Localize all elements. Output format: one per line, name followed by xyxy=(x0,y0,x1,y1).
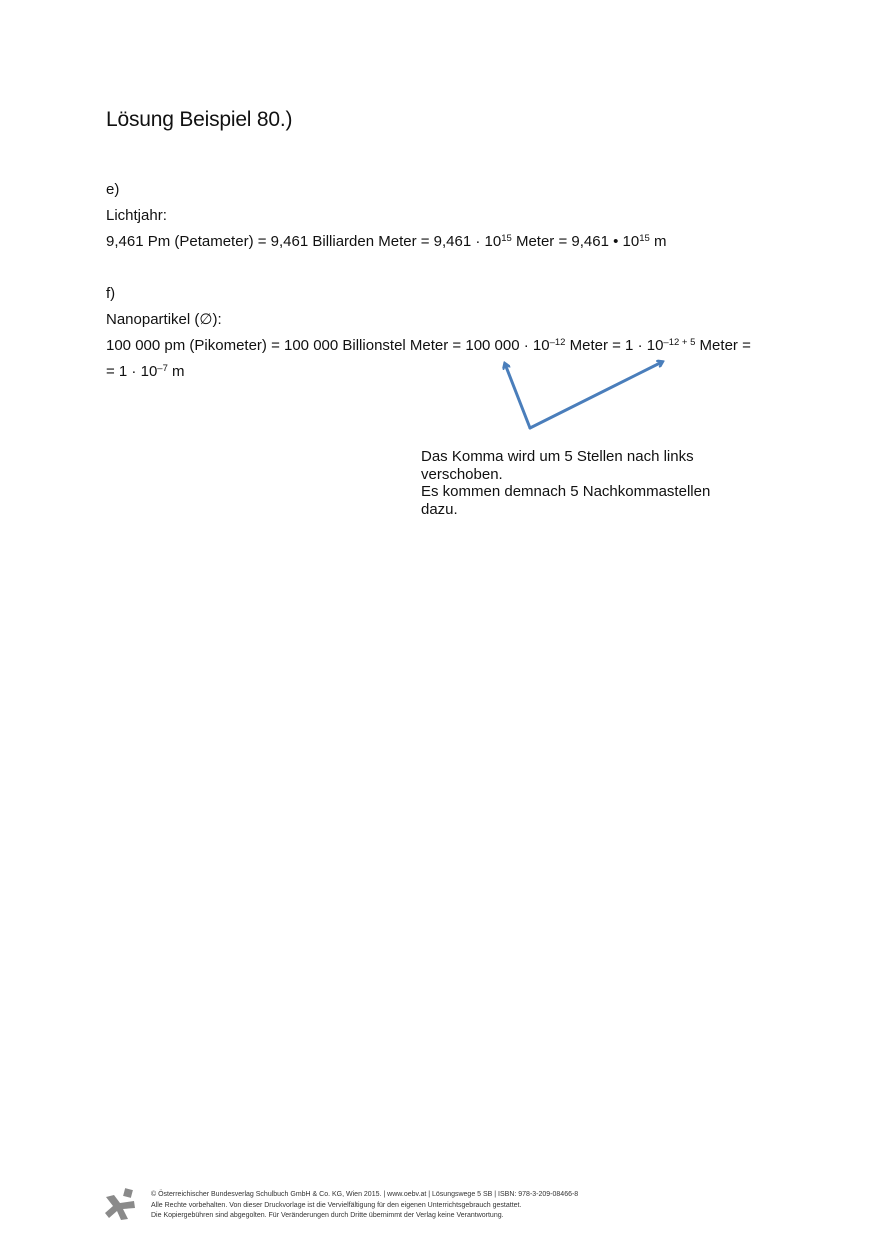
oebv-logo-icon xyxy=(104,1187,138,1221)
annotation-text: Das Komma wird um 5 Stellen nach links v… xyxy=(421,448,721,518)
arrow-left-icon xyxy=(505,364,530,428)
arrow-right-icon xyxy=(530,362,662,428)
footer-fees: Die Kopiergebühren sind abgegolten. Für … xyxy=(151,1211,578,1222)
footer-rights: Alle Rechte vorbehalten. Von dieser Druc… xyxy=(151,1201,578,1212)
annotation-arrows xyxy=(0,0,890,1259)
footer-copyright: © Österreichischer Bundesverlag Schulbuc… xyxy=(151,1190,578,1201)
footer: © Österreichischer Bundesverlag Schulbuc… xyxy=(151,1190,578,1222)
